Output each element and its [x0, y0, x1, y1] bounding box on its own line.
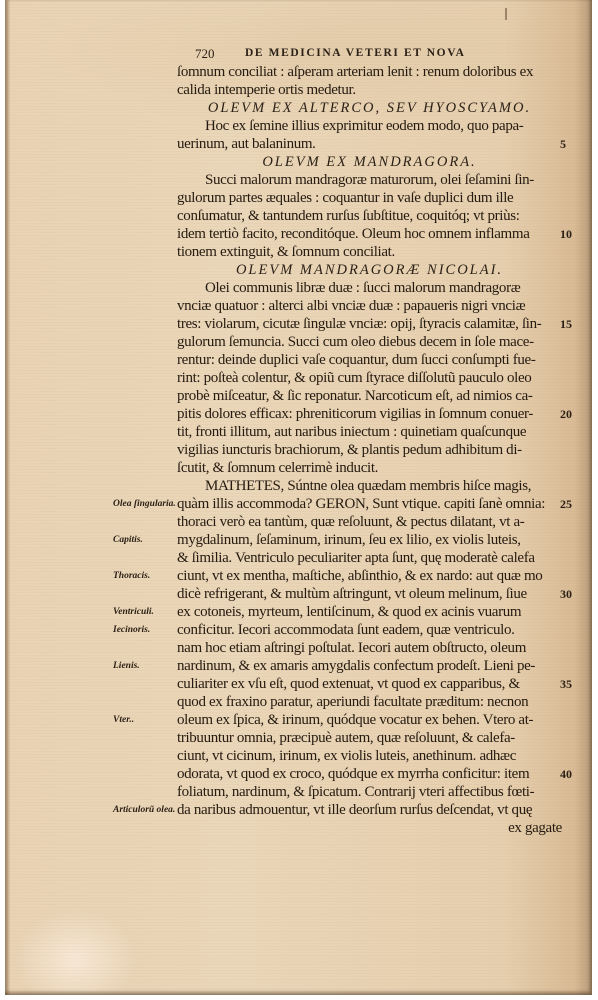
text-line: nam hoc etiam aſtringi poſtulat. Iecori …	[177, 639, 562, 657]
line-number: 10	[560, 227, 572, 242]
text-line: calida intemperie ortis medetur.	[177, 81, 562, 99]
line-number: 40	[560, 767, 572, 782]
catchword: ex gagate	[177, 819, 562, 837]
marginal-note: Ventriculi.	[113, 607, 154, 617]
text-line: nardinum, & ex amaris amygdalis confectu…	[177, 657, 562, 675]
section-heading: OLEVM EX ALTERCO, SEV HYOSCYAMO.	[177, 99, 562, 117]
page-header: 720 DE MEDICINA VETERI ET NOVA	[195, 46, 575, 62]
text-line: conſumatur, & tantundem rurſus ſubſtitue…	[177, 207, 562, 225]
text-line: probè miſceatur, & ſic reponatur. Narcot…	[177, 387, 562, 405]
line-number: 30	[560, 587, 572, 602]
paragraph-first-line: Hoc ex ſemine illius exprimitur eodem mo…	[177, 117, 562, 135]
section-heading: OLEVM MANDRAGORÆ NICOLAI.	[177, 261, 562, 279]
text-block: ſomnum conciliat : aſperam arteriam leni…	[177, 63, 562, 837]
paragraph-first-line: Olei communis libræ duæ : ſucci malorum …	[177, 279, 562, 297]
text-line: rentur: deinde duplici vaſe coquantur, d…	[177, 351, 562, 369]
text-line: foliatum, nardinum, & ſpicatum. Contrari…	[177, 783, 562, 801]
marginal-note: Vter..	[113, 715, 134, 725]
text-line: vnciæ quatuor : alterci albi vnciæ duæ :…	[177, 297, 562, 315]
text-line: quod ex fraxino paratur, aperiundi facul…	[177, 693, 562, 711]
text-line: ſomnum conciliat : aſperam arteriam leni…	[177, 63, 562, 81]
book-page: 720 DE MEDICINA VETERI ET NOVA ſomnum co…	[5, 0, 592, 995]
marginal-note: Olea ſingularia.	[113, 499, 176, 509]
text-line: ex cotoneis, myrteum, lentiſcinum, & quo…	[177, 603, 562, 621]
running-head: DE MEDICINA VETERI ET NOVA	[245, 47, 466, 59]
marginal-note: Lienis.	[113, 661, 140, 671]
line-number: 20	[560, 407, 572, 422]
marginal-note: Articulorũ olea.	[113, 805, 175, 815]
text-line: idem tertiò facito, reconditóque. Oleum …	[177, 225, 562, 243]
text-line: ciunt, vt ex mentha, maſtiche, abſinthio…	[177, 567, 562, 585]
line-number: 35	[560, 677, 572, 692]
section-heading: OLEVM EX MANDRAGORA.	[177, 153, 562, 171]
text-line: gulorum ſemuncia. Succi cum oleo diebus …	[177, 333, 562, 351]
text-line: da naribus admouentur, vt ille deorſum r…	[177, 801, 562, 819]
text-line: odorata, vt quod ex croco, quódque ex my…	[177, 765, 562, 783]
line-number: 15	[560, 317, 572, 332]
dialogue-line: MATHETES, Súntne olea quædam membris hiſ…	[177, 477, 562, 495]
page-mark	[505, 8, 507, 20]
text-line: pitis dolores efficax: phreniticorum vig…	[177, 405, 562, 423]
text-line: thoraci verò ea tantùm, quæ reſoluunt, &…	[177, 513, 562, 531]
text-line: & ſimilia. Ventriculo peculiariter apta …	[177, 549, 562, 567]
text-line: uerinum, aut balaninum.	[177, 135, 562, 153]
text-line: tribuuntur omnia, præcipuè autem, quæ re…	[177, 729, 562, 747]
text-line: ciunt, vt cicinum, irinum, ex violis lut…	[177, 747, 562, 765]
page-number: 720	[195, 46, 215, 62]
text-line: tit, fronti illitum, aut naribus iniectu…	[177, 423, 562, 441]
text-line: ſcutit, & ſomnum celerrimè inducit.	[177, 459, 562, 477]
line-number: 5	[560, 137, 566, 152]
marginal-note: Capitis.	[113, 535, 143, 545]
text-line: tres: violarum, cicutæ ſingulæ vnciæ: op…	[177, 315, 562, 333]
text-line: quàm illis accommoda? GERON, Sunt vtique…	[177, 495, 562, 513]
paragraph-first-line: Succi malorum mandragoræ maturorum, olei…	[177, 171, 562, 189]
text-line: mygdalinum, ſeſaminum, irinum, ſeu ex li…	[177, 531, 562, 549]
text-line: culiariter ex vſu eſt, quod extenuat, vt…	[177, 675, 562, 693]
text-line: dicè refrigerant, & multùm aſtringunt, v…	[177, 585, 562, 603]
marginal-note: Thoracis.	[113, 571, 150, 581]
text-line: oleum ex ſpica, & irinum, quódque vocatu…	[177, 711, 562, 729]
text-line: vigilias iuncturis brachiorum, & plantis…	[177, 441, 562, 459]
text-line: rint: poſteà colentur, & opiũ cum ſtyrac…	[177, 369, 562, 387]
text-line: conficitur. Iecori accommodata ſunt eade…	[177, 621, 562, 639]
line-number: 25	[560, 497, 572, 512]
text-line: tionem extinguit, & ſomnum conciliat.	[177, 243, 562, 261]
text-line: gulorum partes æquales : coquantur in va…	[177, 189, 562, 207]
marginal-note: Iecinoris.	[113, 625, 150, 635]
